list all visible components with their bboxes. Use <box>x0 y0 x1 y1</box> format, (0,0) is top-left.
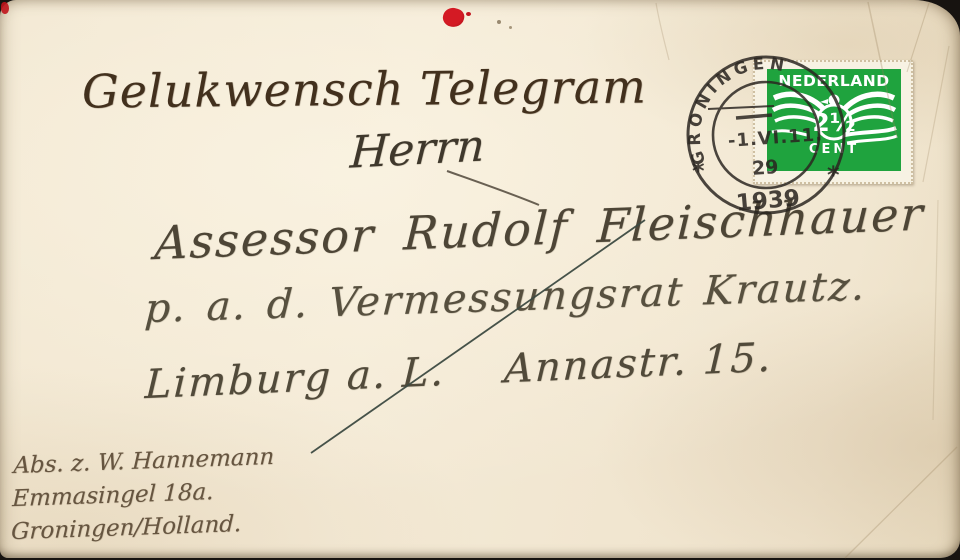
postmark: GRONINGEN -1.VI.11. 29 1939 * * <box>684 52 852 222</box>
red-wax-speck <box>466 12 471 16</box>
address-line-2: p. a. d. Vermessungsrat Krautz. <box>143 263 867 332</box>
salutation-herrn: Herrn <box>349 120 486 178</box>
postmark-text-arc <box>700 69 828 168</box>
postmark-code: 29 <box>751 156 779 180</box>
red-corner-mark <box>1 2 9 14</box>
photo-scene: Gelukwensch Telegram Herrn Assessor Rudo… <box>0 0 960 560</box>
ink-speck <box>497 20 501 24</box>
postmark-star-right-icon: * <box>827 161 840 189</box>
address-line-3: Limburg a. L. Annastr. 15. <box>144 335 774 409</box>
postmark-date: -1.VI.11. <box>727 124 823 152</box>
printed-header: Gelukwensch Telegram <box>82 60 647 119</box>
postmark-year: 1939 <box>735 185 801 216</box>
herrn-underline-flourish <box>447 171 539 205</box>
envelope: Gelukwensch Telegram Herrn Assessor Rudo… <box>0 0 960 558</box>
postmark-star-left-icon: * <box>692 157 705 185</box>
red-wax-spot <box>441 6 466 30</box>
sender-block: Abs. z. W. Hannemann Emmasingel 18a. Gro… <box>11 441 275 549</box>
ink-speck <box>509 26 512 29</box>
